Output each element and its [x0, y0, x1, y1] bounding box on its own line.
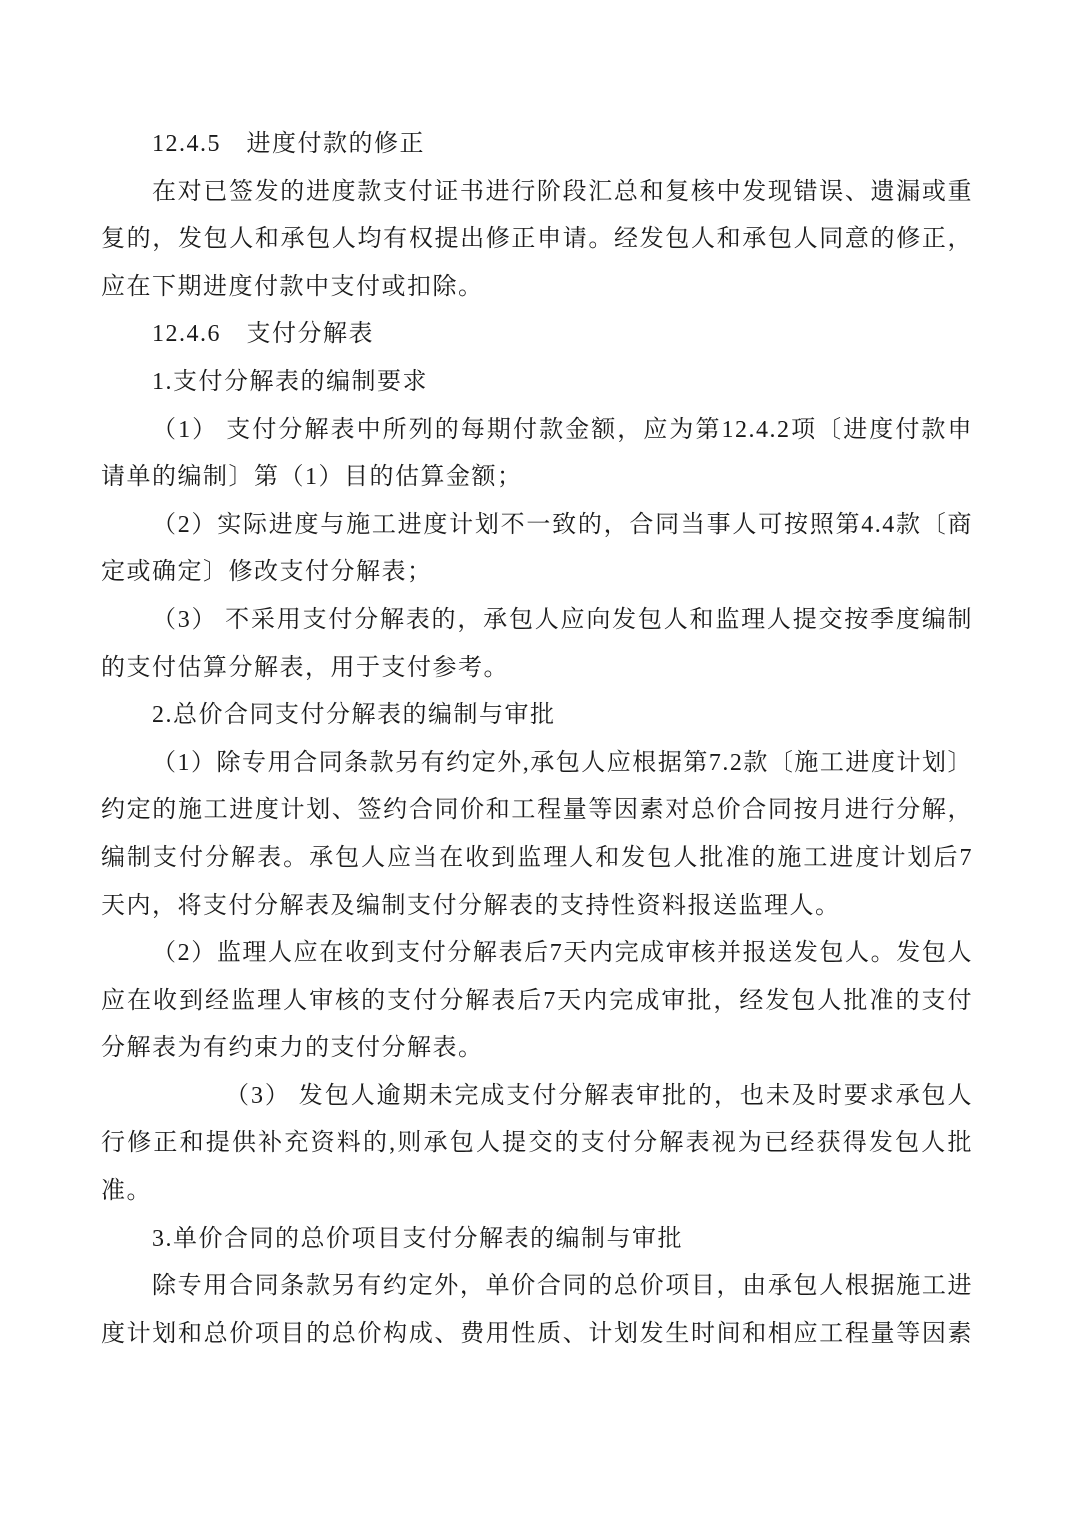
text-line: （2）监理人应在收到支付分解表后7天内完成审核并报送发包人。发包人	[101, 930, 973, 978]
subheading-3: 3.单价合同的总价项目支付分解表的编制与审批	[101, 1216, 973, 1264]
text-line: （3） 不采用支付分解表的，承包人应向发包人和监理人提交按季度编制	[101, 597, 973, 645]
text-line: 请单的编制〕第（1）目的估算金额；	[101, 454, 973, 502]
text-line: （3） 发包人逾期未完成支付分解表审批的，也未及时要求承包人进	[101, 1073, 973, 1121]
text-line: （2）实际进度与施工进度计划不一致的，合同当事人可按照第4.4款〔商	[101, 502, 973, 550]
text-line: （1）除专用合同条款另有约定外,承包人应根据第7.2款〔施工进度计划〕	[101, 740, 973, 788]
text-line: 在对已签发的进度款支付证书进行阶段汇总和复核中发现错误、遗漏或重	[101, 169, 973, 217]
clause-heading-12-4-6: 12.4.6 支付分解表	[101, 311, 973, 359]
text-line: 的支付估算分解表，用于支付参考。	[101, 645, 973, 693]
subheading-1: 1.支付分解表的编制要求	[101, 359, 973, 407]
text-line: 应在下期进度付款中支付或扣除。	[101, 264, 973, 312]
text-line: 编制支付分解表。承包人应当在收到监理人和发包人批准的施工进度计划后7	[101, 835, 973, 883]
page-text-block: 12.4.5 进度付款的修正 在对已签发的进度款支付证书进行阶段汇总和复核中发现…	[101, 121, 973, 1358]
text-line: 应在收到经监理人审核的支付分解表后7天内完成审批，经发包人批准的支付	[101, 978, 973, 1026]
text-line: 分解表为有约束力的支付分解表。	[101, 1025, 973, 1073]
text-line: 度计划和总价项目的总价构成、费用性质、计划发生时间和相应工程量等因素	[101, 1311, 973, 1359]
subheading-2: 2.总价合同支付分解表的编制与审批	[101, 692, 973, 740]
text-line: 准。	[101, 1168, 973, 1216]
text-line: 天内，将支付分解表及编制支付分解表的支持性资料报送监理人。	[101, 883, 973, 931]
text-line: 除专用合同条款另有约定外，单价合同的总价项目，由承包人根据施工进	[101, 1263, 973, 1311]
text-line: 行修正和提供补充资料的,则承包人提交的支付分解表视为已经获得发包人批	[101, 1120, 973, 1168]
text-line: 约定的施工进度计划、签约合同价和工程量等因素对总价合同按月进行分解，	[101, 787, 973, 835]
clause-heading-12-4-5: 12.4.5 进度付款的修正	[101, 121, 973, 169]
document-page: 12.4.5 进度付款的修正 在对已签发的进度款支付证书进行阶段汇总和复核中发现…	[0, 0, 1074, 1520]
text-line: 定或确定〕修改支付分解表；	[101, 549, 973, 597]
text-line: （1） 支付分解表中所列的每期付款金额，应为第12.4.2项〔进度付款申	[101, 407, 973, 455]
text-line: 复的，发包人和承包人均有权提出修正申请。经发包人和承包人同意的修正，	[101, 216, 973, 264]
